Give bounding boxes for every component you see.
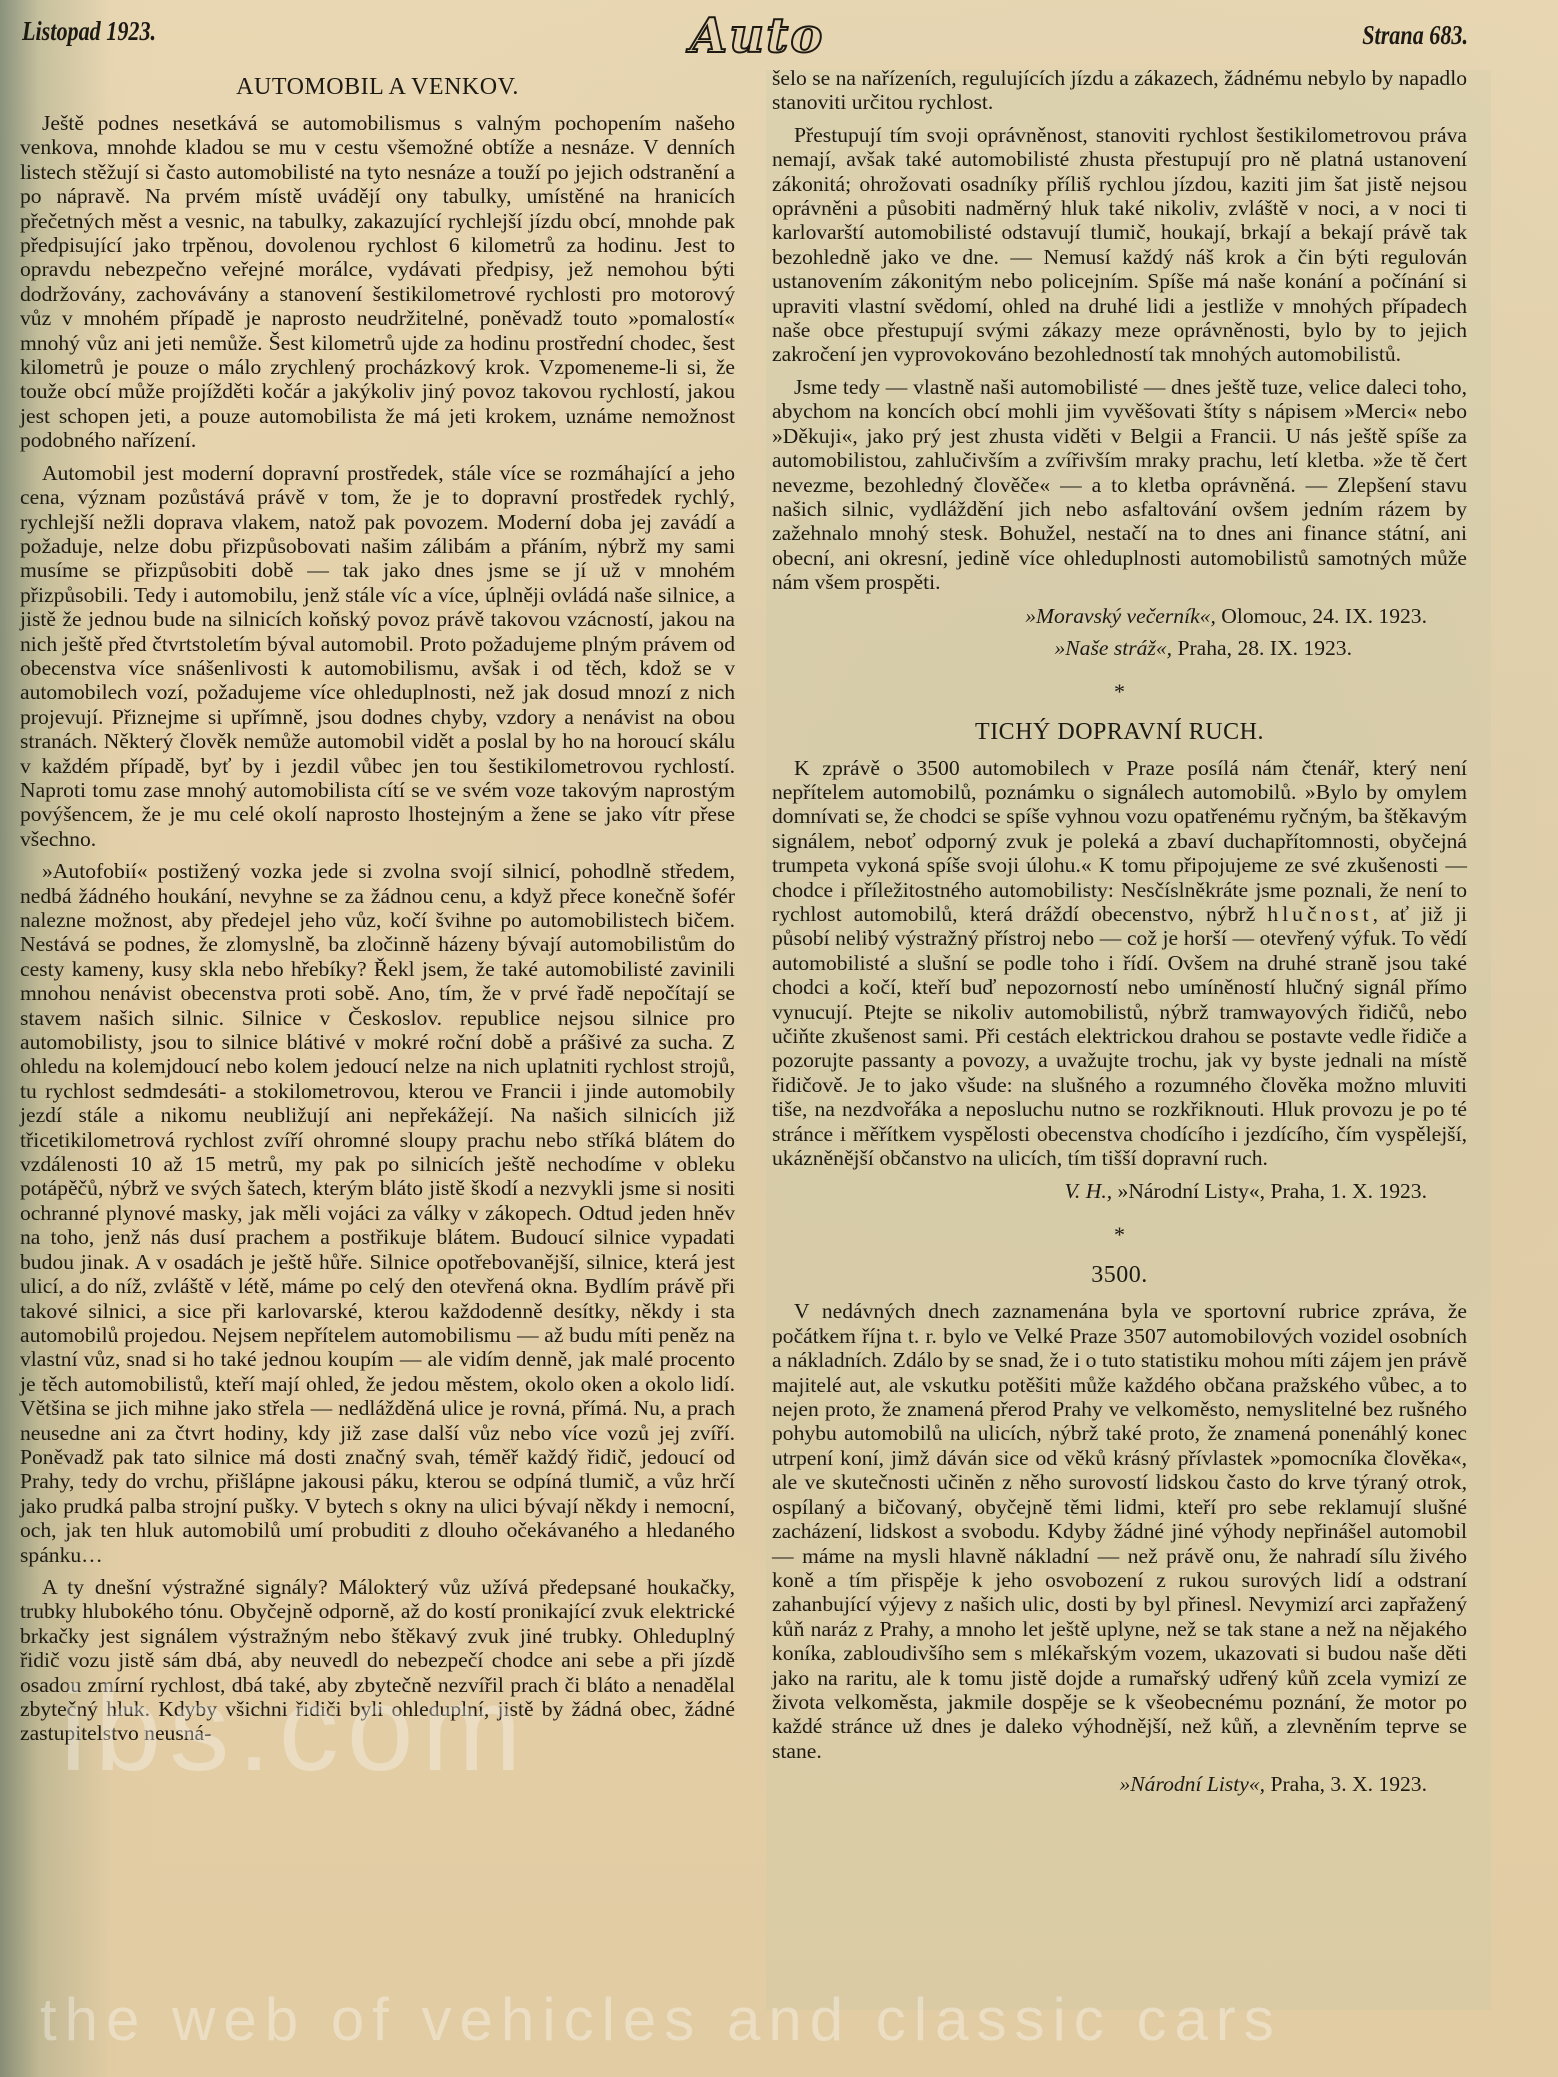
issue-date: Listopad 1923. [22, 16, 156, 47]
section-separator-asterisk: * [772, 679, 1467, 705]
article-paragraph: Přestupují tím svoji oprávněnost, stanov… [772, 123, 1467, 367]
article-continuation: šelo se na nařízeních, regulujících jízd… [772, 66, 1467, 115]
source-publication: »Naše stráž«, [1054, 636, 1172, 660]
page-header: Listopad 1923. Auto Strana 683. [0, 8, 1558, 58]
article-paragraph: K zprávě o 3500 automobilech v Praze pos… [772, 756, 1467, 1171]
article-paragraph: »Autofobií« postižený vozka jede si zvol… [20, 859, 735, 1567]
article-title-automobil-a-venkov: AUTOMOBIL A VENKOV. [20, 74, 735, 101]
text-run: , ať již ji působí nelibý výstražný přís… [772, 902, 1467, 1170]
page-number: Strana 683. [1362, 20, 1468, 51]
source-publication: »Moravský večerník«, [1025, 604, 1216, 628]
article-paragraph: A ty dnešní výstražné signály? Málokterý… [20, 1575, 735, 1746]
text-run: K zprávě o 3500 automobilech v Praze pos… [772, 756, 1467, 926]
article-title-3500: 3500. [772, 1262, 1467, 1289]
article-paragraph: V nedávných dnech zaznamenána byla ve sp… [772, 1299, 1467, 1763]
source-publication: »Národní Listy«, [1119, 1772, 1265, 1796]
right-column: šelo se na nařízeních, regulujících jízd… [772, 66, 1467, 1803]
source-author: V. H., [1065, 1179, 1113, 1203]
source-place-date: »Národní Listy«, Praha, 1. X. 1923. [1112, 1179, 1427, 1203]
emphasized-word: hlučnost [1267, 902, 1372, 926]
source-place-date: Olomouc, 24. IX. 1923. [1216, 604, 1427, 628]
magazine-logo: Auto [690, 8, 824, 64]
magazine-page: Listopad 1923. Auto Strana 683. AUTOMOBI… [0, 0, 1558, 2077]
source-citation: V. H., »Národní Listy«, Praha, 1. X. 192… [772, 1178, 1427, 1204]
article-title-tichy-dopravni-ruch: TICHÝ DOPRAVNÍ RUCH. [772, 719, 1467, 746]
article-paragraph: Jsme tedy — vlastně naši automobilisté —… [772, 375, 1467, 595]
article-paragraph: Ještě podnes nesetkává se automobilismus… [20, 111, 735, 453]
source-place-date: Praha, 28. IX. 1923. [1172, 636, 1352, 660]
source-citation: »Naše stráž«, Praha, 28. IX. 1923. [772, 635, 1352, 661]
left-column: AUTOMOBIL A VENKOV. Ještě podnes nesetká… [20, 66, 735, 1754]
source-citation: »Moravský večerník«, Olomouc, 24. IX. 19… [772, 603, 1427, 629]
source-place-date: Praha, 3. X. 1923. [1265, 1772, 1427, 1796]
section-separator-asterisk: * [772, 1222, 1467, 1248]
article-paragraph: Automobil jest moderní dopravní prostřed… [20, 461, 735, 852]
source-citation: »Národní Listy«, Praha, 3. X. 1923. [772, 1771, 1427, 1797]
